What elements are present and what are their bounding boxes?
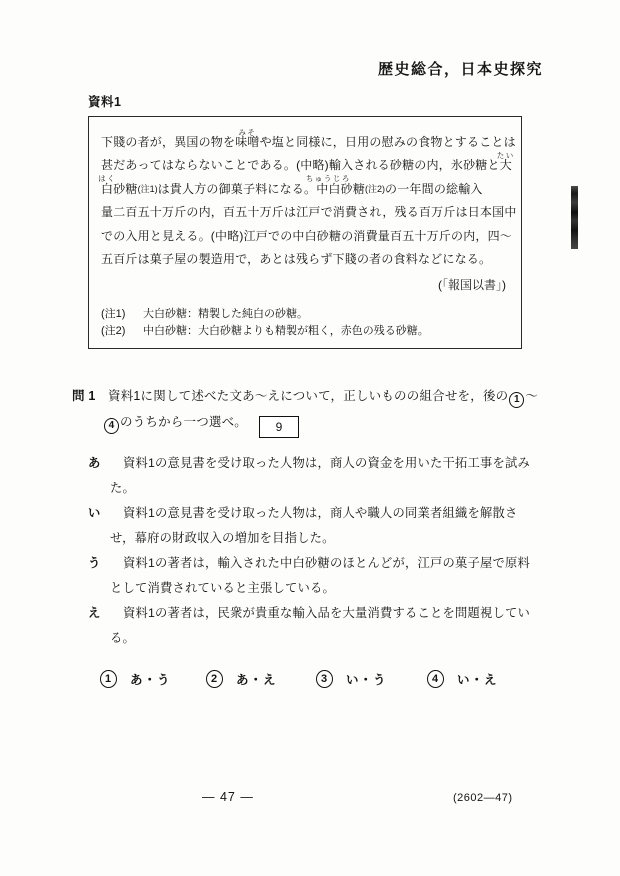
statement-u-label: う xyxy=(88,551,101,576)
question-text-before: 資料1に関して述べた文あ～えについて，正しいものの組合せを，後の xyxy=(108,389,508,403)
note-2: (注2)中白砂糖：大白砂糖よりも精製が粗く，赤色の残る砂糖。 xyxy=(101,323,510,340)
note-2-label: (注2) xyxy=(101,323,143,340)
statement-i-text: 資料1の意見書を受け取った人物は，商人や職人の同業者組織を解散さ xyxy=(123,506,517,520)
choice-option-2: 2 あ・え xyxy=(205,670,277,688)
statement-a-text: 資料1の意見書を受け取った人物は，商人の資金を用いた干拓工事を試み xyxy=(123,456,530,470)
statement-e-line-1: え資料1の著者は，民衆が貴重な輸入品を大量消費することを問題視してい xyxy=(88,601,558,626)
note-1: (注1)大白砂糖：精製した純白の砂糖。 xyxy=(101,306,510,323)
statement-u-line-1: う資料1の著者は，輸入された中白砂糖のほとんどが，江戸の菓子屋で原料 xyxy=(88,551,558,576)
choice-option-4: 4 い・え xyxy=(426,670,498,688)
choice-2-label: あ・え xyxy=(236,670,277,688)
note-2-text: 中白砂糖：大白砂糖よりも精製が粗く，赤色の残る砂糖。 xyxy=(143,325,429,337)
statement-e-label: え xyxy=(88,601,101,626)
circled-digit-1-inline: 1 xyxy=(509,392,524,408)
circled-digit-4-inline: 4 xyxy=(104,418,119,434)
statement-u-text: 資料1の著者は，輸入された中白砂糖のほとんどが，江戸の菓子屋で原料 xyxy=(123,556,530,570)
quote-source: (「報国以書」) xyxy=(101,276,510,293)
document-quote-box: 下賤の者が，異国の物を味噌みそや塩と同様に，日用の慰みの食物とすることは甚だあっ… xyxy=(88,116,522,349)
statement-u-line-2: として消費されていると主張している。 xyxy=(88,576,558,601)
question-number: 問 1 xyxy=(72,384,108,409)
choice-option-1: 1 あ・う xyxy=(99,670,171,688)
page-code: (2602—47) xyxy=(453,792,513,804)
choice-option-3: 3 い・う xyxy=(315,670,387,688)
page-title: 歴史総合，日本史探究 xyxy=(0,58,543,79)
circled-digit-3: 3 xyxy=(316,670,333,688)
statements-list: あ資料1の意見書を受け取った人物は，商人の資金を用いた干拓工事を試み た。 い資… xyxy=(88,451,558,651)
exam-page: 歴史総合，日本史探究 資料1 下賤の者が，異国の物を味噌みそや塩と同様に，日用の… xyxy=(0,0,620,876)
choice-4-label: い・え xyxy=(457,670,498,688)
question-line-2: 4のうちから一つ選べ。9 xyxy=(72,410,572,438)
choice-3-label: い・う xyxy=(346,670,387,688)
statement-i-line-1: い資料1の意見書を受け取った人物は，商人や職人の同業者組織を解散さ xyxy=(88,501,558,526)
circled-digit-4: 4 xyxy=(427,670,444,688)
question-1: 問 1資料1に関して述べた文あ～えについて，正しいものの組合せを，後の1～ 4の… xyxy=(72,384,572,438)
note-1-text: 大白砂糖：精製した純白の砂糖。 xyxy=(143,308,308,320)
answer-number-box: 9 xyxy=(259,416,299,438)
document-label: 資料1 xyxy=(88,92,121,110)
quote-text: 下賤の者が，異国の物を味噌みそや塩と同様に，日用の慰みの食物とすることは甚だあっ… xyxy=(101,131,510,271)
statement-i-label: い xyxy=(88,501,101,526)
question-text-after: のうちから一つ選べ。 xyxy=(120,415,247,429)
page-number: — 47 — xyxy=(202,790,254,804)
edge-index-tab xyxy=(571,186,578,249)
statement-a-line-2: た。 xyxy=(88,476,558,501)
statement-e-text: 資料1の著者は，民衆が貴重な輸入品を大量消費することを問題視してい xyxy=(123,606,530,620)
quote-notes: (注1)大白砂糖：精製した純白の砂糖。 (注2)中白砂糖：大白砂糖よりも精製が粗… xyxy=(101,306,510,339)
statement-i-line-2: せ，幕府の財政収入の増加を目指した。 xyxy=(88,526,558,551)
note-1-label: (注1) xyxy=(101,306,143,323)
statement-a-label: あ xyxy=(88,451,101,476)
statement-e-line-2: る。 xyxy=(88,626,558,651)
circled-digit-2: 2 xyxy=(206,670,223,688)
question-tilde: ～ xyxy=(525,389,538,403)
question-line-1: 問 1資料1に関して述べた文あ～えについて，正しいものの組合せを，後の1～ xyxy=(72,384,572,409)
circled-digit-1: 1 xyxy=(100,670,117,688)
statement-a-line-1: あ資料1の意見書を受け取った人物は，商人の資金を用いた干拓工事を試み xyxy=(88,451,558,476)
choice-1-label: あ・う xyxy=(130,670,171,688)
